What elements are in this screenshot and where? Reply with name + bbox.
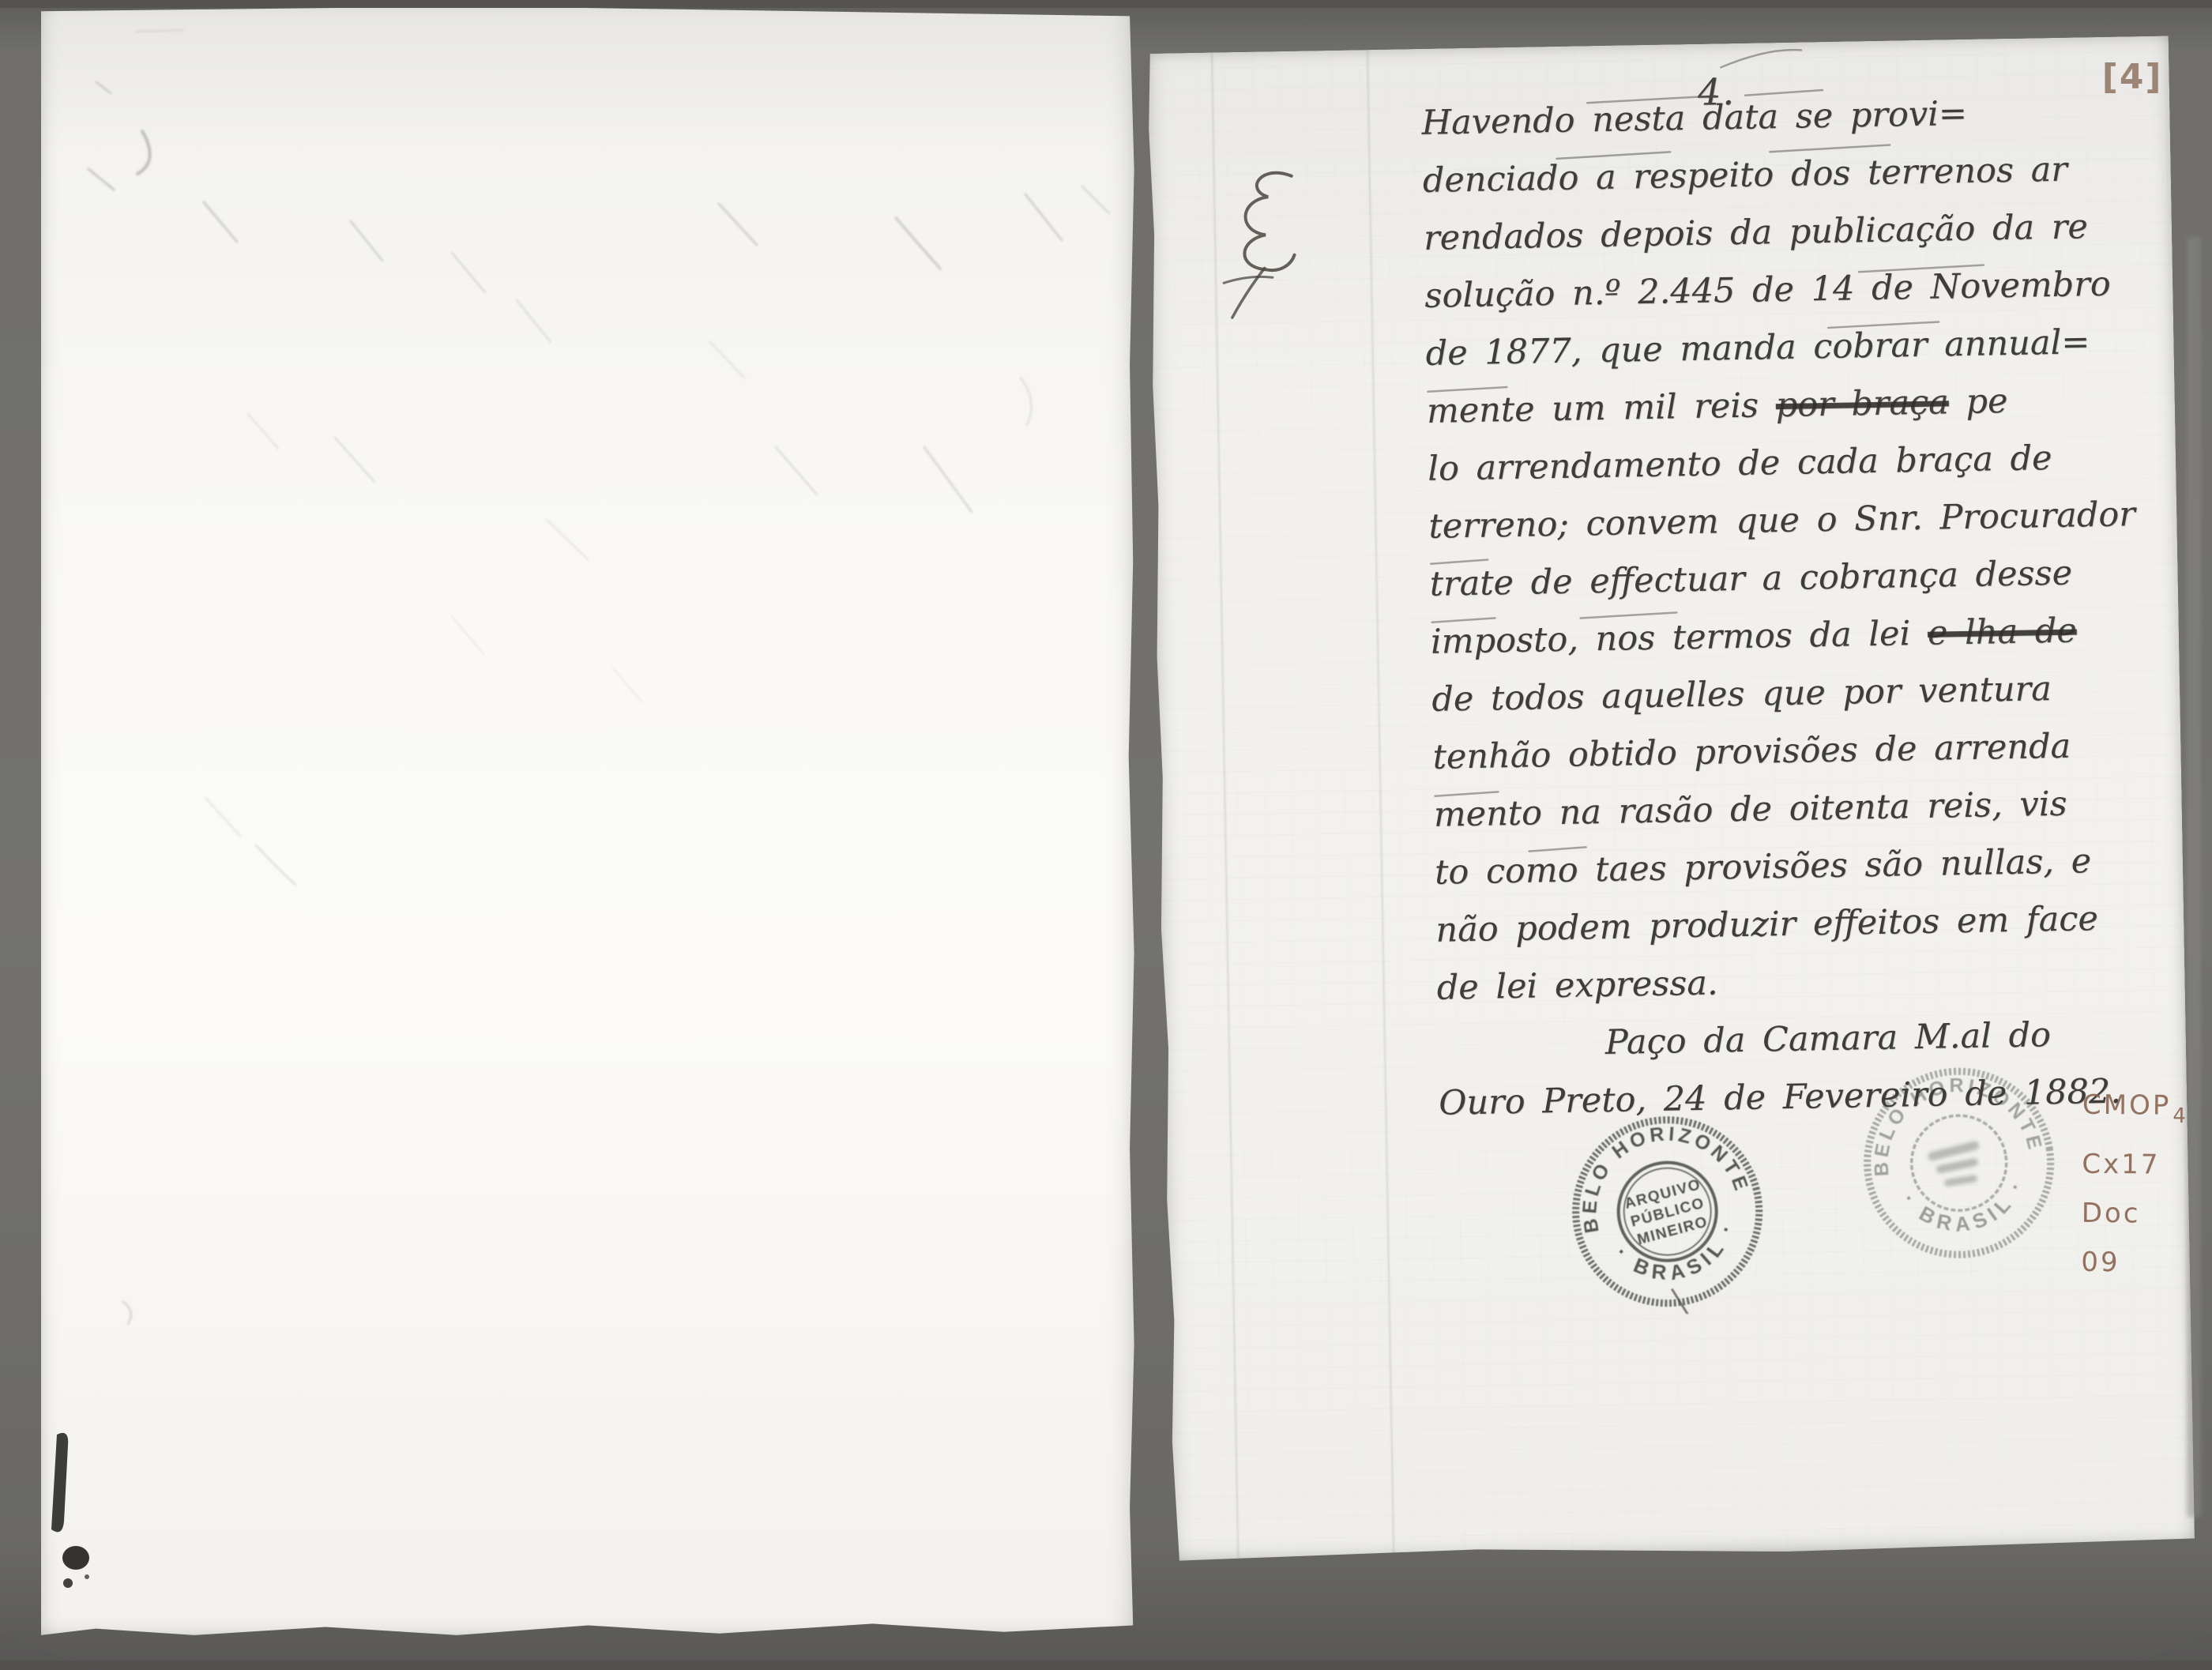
underlying-page-edge xyxy=(2187,237,2201,1517)
archival-notation-line: Cx17 xyxy=(2082,1140,2189,1190)
left-page xyxy=(41,6,1135,1638)
stamp-arc-top: BELO HORIZONTE xyxy=(1857,1061,2047,1179)
archival-notation-line: Doc 09 xyxy=(2081,1189,2188,1288)
bleed-through-marks xyxy=(41,6,1135,1638)
scanner-edge-top xyxy=(0,0,2212,8)
archival-notation: CMOP4 Cx17 Doc 09 xyxy=(2081,1081,2189,1288)
archive-stamp-faded: BELO HORIZONTE · BRASIL · xyxy=(1854,1059,2063,1267)
archive-stamp-inked: BELO HORIZONTE · BRASIL · ARQUIVO PÚBLIC… xyxy=(1563,1107,1771,1315)
pen-overstrokes xyxy=(1144,36,2195,1562)
scanner-edge-bottom xyxy=(0,1661,2212,1670)
scanned-document: 4. [4] Havendo nesta data se provi= denc… xyxy=(0,0,2212,1670)
svg-text:BELO HORIZONTE: BELO HORIZONTE xyxy=(1857,1061,2047,1179)
ink-blots xyxy=(51,1433,89,1588)
notation-fund: CMOP xyxy=(2082,1089,2172,1122)
illegible-date-smudge xyxy=(1927,1140,1985,1188)
right-page: 4. [4] Havendo nesta data se provi= denc… xyxy=(1144,36,2195,1562)
notation-fund-number: 4 xyxy=(2172,1104,2188,1128)
archival-notation-line: CMOP4 xyxy=(2082,1081,2190,1141)
